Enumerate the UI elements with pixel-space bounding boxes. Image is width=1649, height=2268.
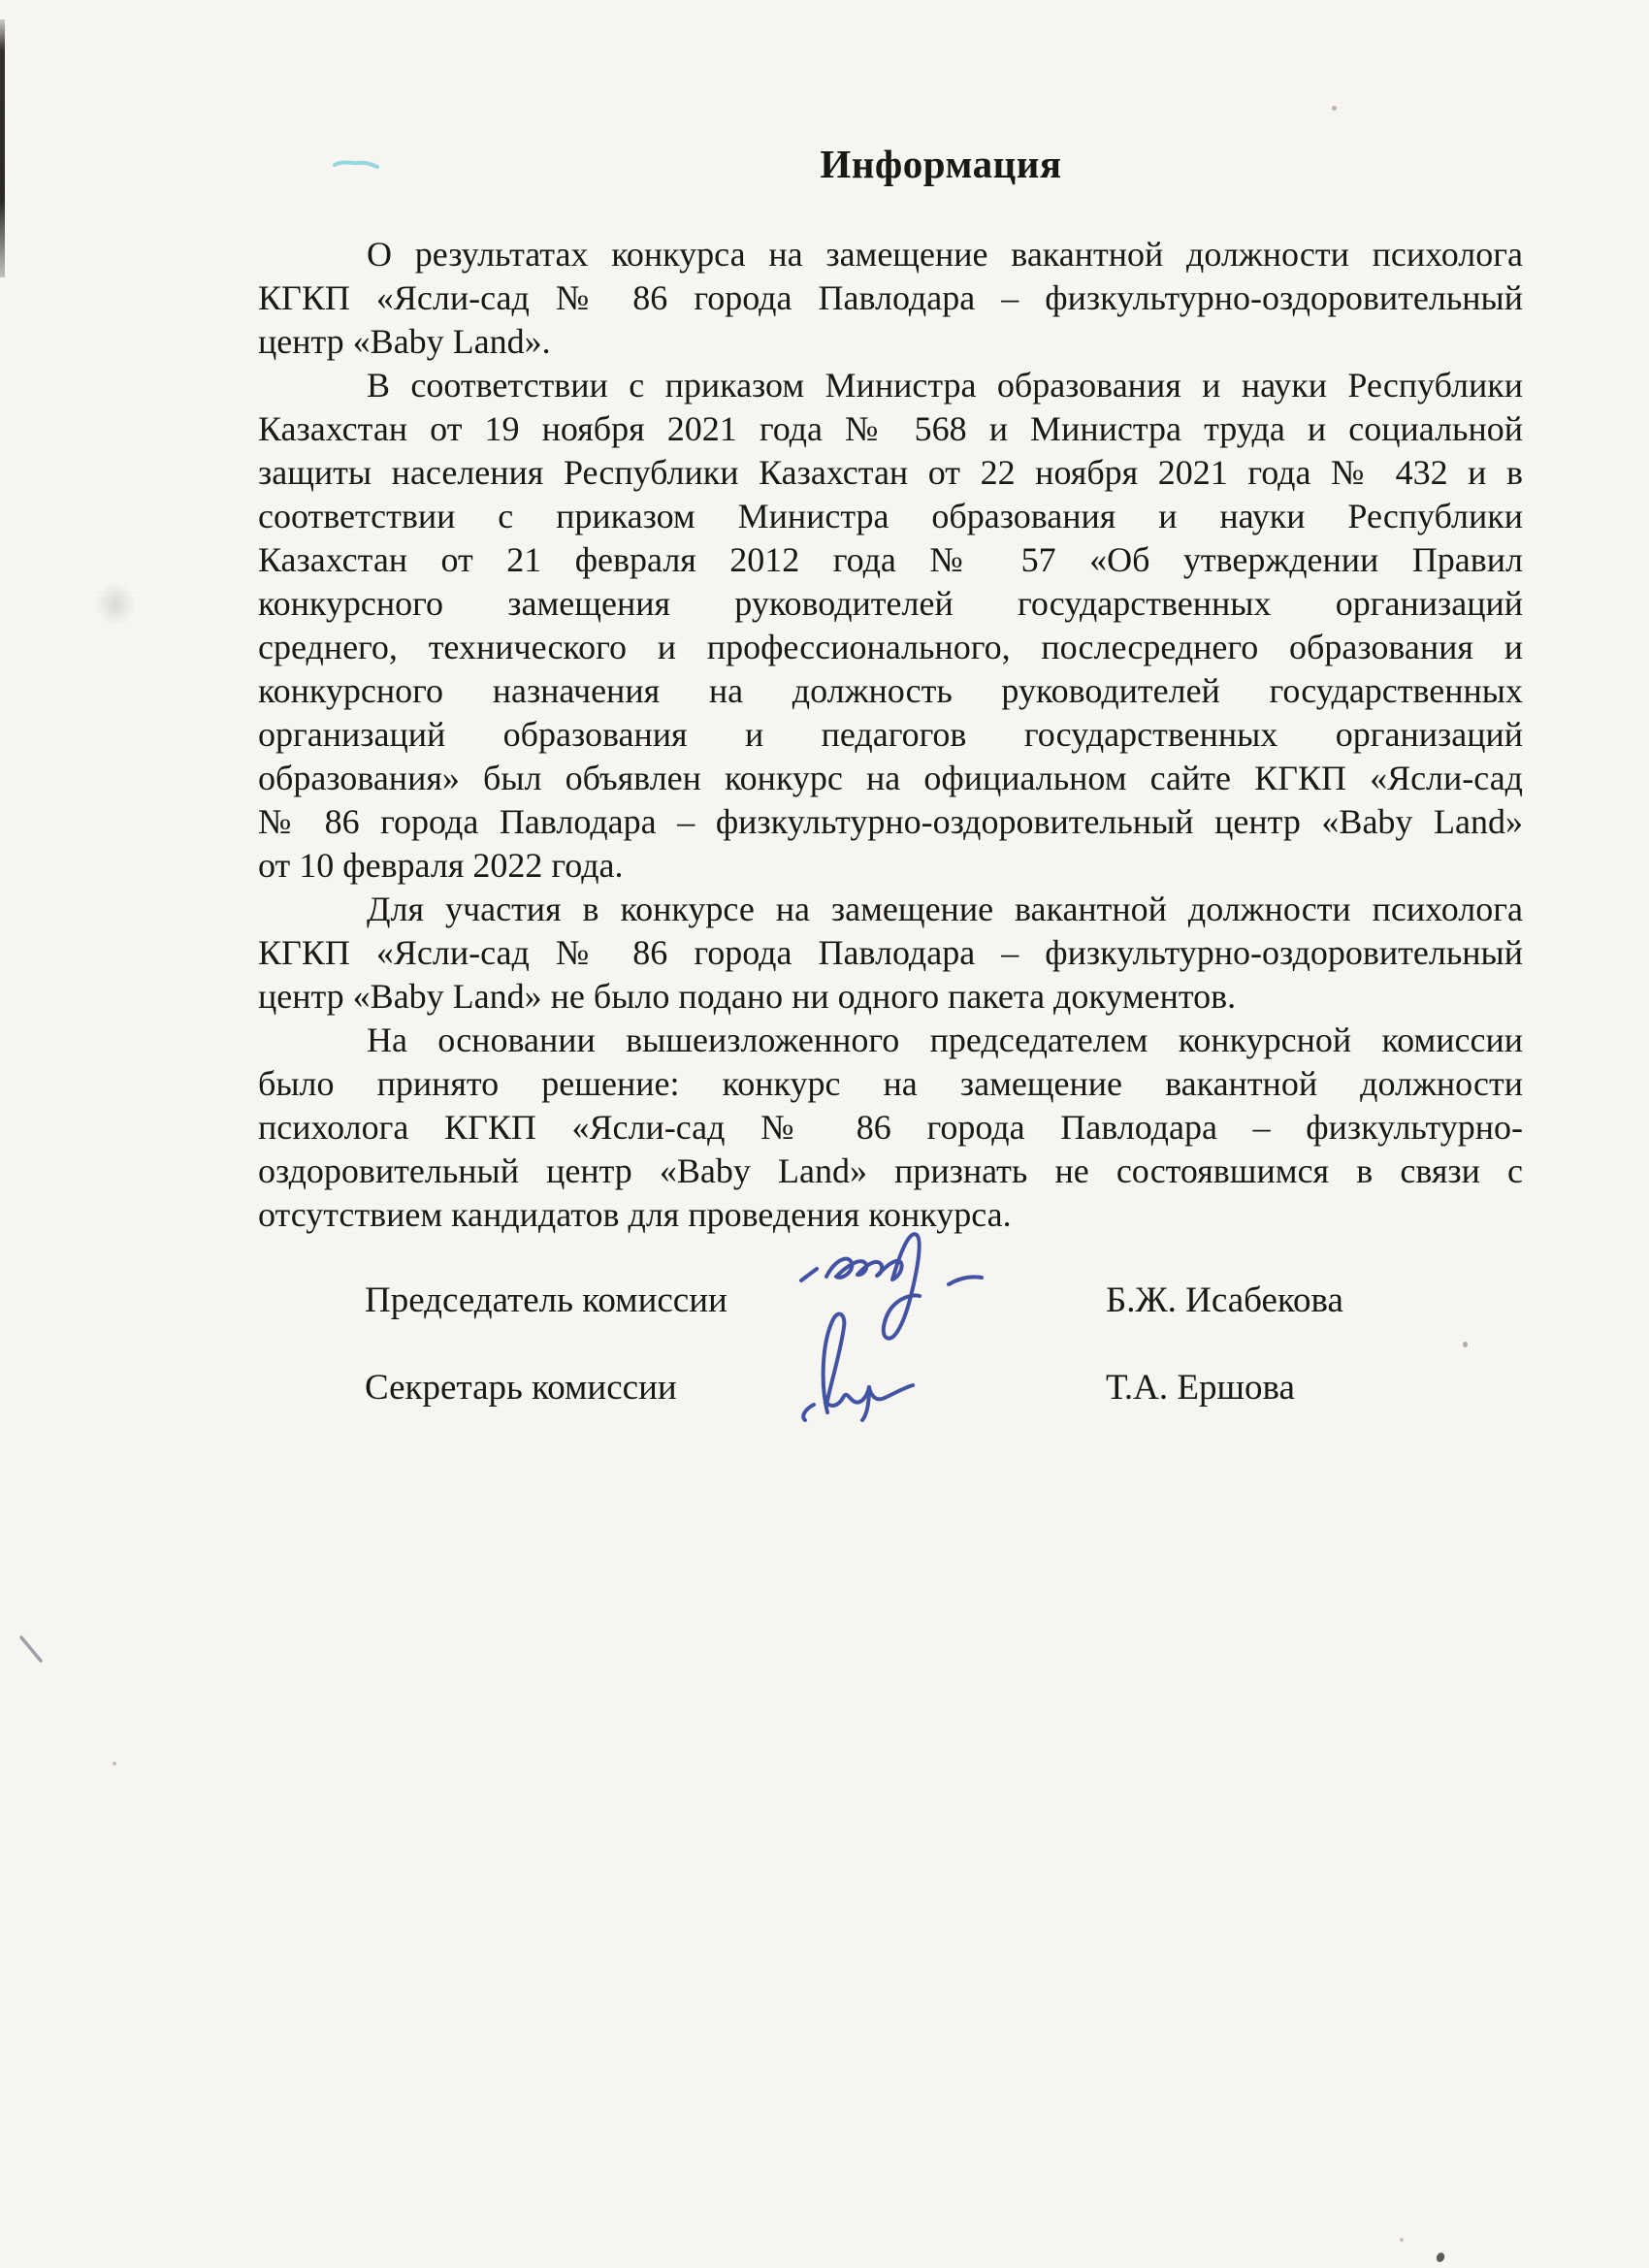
text-line: На основании вышеизложенного председател… [258, 1019, 1523, 1062]
scan-speck-artifact [113, 1762, 116, 1766]
text-line: среднего, технического и профессионально… [258, 626, 1523, 669]
scan-smudge-artifact [95, 582, 136, 627]
scan-edge-artifact [0, 19, 5, 277]
text-line: от 10 февраля 2022 года. [258, 844, 1523, 888]
text-line: центр «Baby Land». [258, 320, 1523, 364]
handwritten-signature-secretary [771, 1310, 955, 1424]
scan-speck-artifact [1332, 106, 1337, 111]
text-line: оздоровительный центр «Baby Land» призна… [258, 1150, 1523, 1193]
text-line: центр «Baby Land» не было подано ни одно… [258, 975, 1523, 1019]
text-line: конкурсного замещения руководителей госу… [258, 582, 1523, 626]
text-line: В соответствии с приказом Министра образ… [258, 364, 1523, 407]
signature-role-secretary: Секретарь комиссии [365, 1366, 677, 1409]
handwritten-signature-chairman [795, 1218, 989, 1364]
text-line: КГКП «Ясли-сад № 86 города Павлодара – ф… [258, 276, 1523, 320]
text-line: образования» был объявлен конкурс на офи… [258, 757, 1523, 800]
text-line: КГКП «Ясли-сад № 86 города Павлодара – ф… [258, 931, 1523, 975]
scan-speck-artifact [1435, 2252, 1445, 2263]
text-line: № 86 города Павлодара – физкультурно-озд… [258, 800, 1523, 844]
scan-speck-artifact [1400, 2238, 1404, 2242]
scanned-document-page: Информация О результатах конкурса на зам… [0, 0, 1649, 2268]
text-line: организаций образования и педагогов госу… [258, 713, 1523, 757]
text-line: О результатах конкурса на замещение вака… [258, 233, 1523, 276]
scan-speck-artifact [1463, 1342, 1468, 1347]
signature-role-chairman: Председатель комиссии [365, 1279, 727, 1322]
signature-name-chairman: Б.Ж. Исабекова [1106, 1279, 1343, 1322]
document-body: О результатах конкурса на замещение вака… [258, 233, 1523, 1237]
text-line: психолога КГКП «Ясли-сад № 86 города Пав… [258, 1106, 1523, 1150]
scan-pen-stroke-artifact [19, 1636, 45, 1665]
signature-name-secretary: Т.А. Ершова [1106, 1366, 1295, 1409]
text-line: соответствии с приказом Министра образов… [258, 495, 1523, 538]
text-line: защиты населения Республики Казахстан от… [258, 451, 1523, 495]
text-line: Казахстан от 21 февраля 2012 года № 57 «… [258, 538, 1523, 582]
text-line: Для участия в конкурсе на замещение вака… [258, 888, 1523, 931]
document-title: Информация [308, 142, 1573, 187]
text-line: было принято решение: конкурс на замещен… [258, 1062, 1523, 1106]
text-line: отсутствием кандидатов для проведения ко… [258, 1193, 1523, 1237]
text-line: Казахстан от 19 ноября 2021 года № 568 и… [258, 407, 1523, 451]
text-line: конкурсного назначения на должность руко… [258, 669, 1523, 713]
